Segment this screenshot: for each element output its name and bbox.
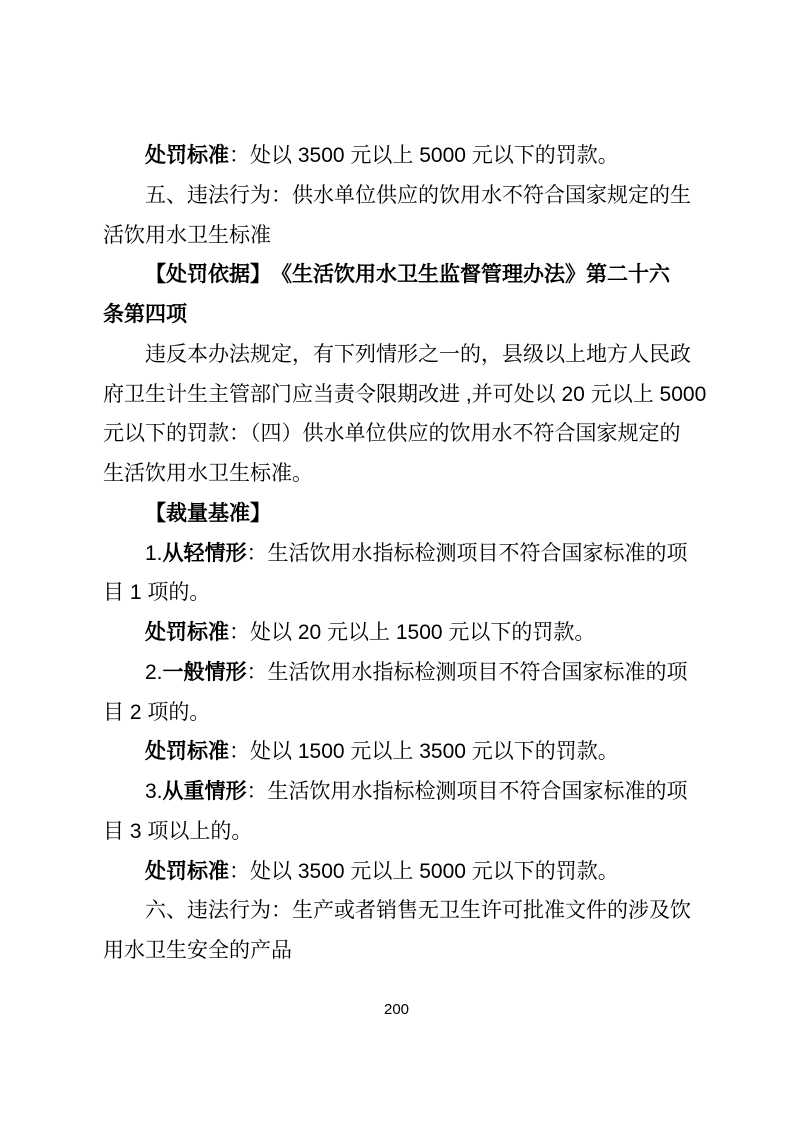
text-segment-bold: 处罚标准 xyxy=(145,144,229,167)
text-segment-bold: 处罚标准 xyxy=(145,740,229,763)
text-line: 处罚标准：处以 20 元以上 1500 元以下的罚款。 xyxy=(103,613,713,653)
text-segment-bold: 从重情形 xyxy=(163,780,247,803)
text-segment: 目 3 项以上的。 xyxy=(103,820,252,843)
text-line: 六、违法行为：生产或者销售无卫生许可批准文件的涉及饮 xyxy=(103,891,713,931)
text-segment: ：处以 1500 元以上 3500 元以下的罚款。 xyxy=(229,740,619,763)
text-segment-bold: 条第四项 xyxy=(103,303,187,326)
text-line: 2.一般情形：生活饮用水指标检测项目不符合国家标准的项 xyxy=(103,653,713,693)
text-line: 【处罚依据】 《生活饮用水卫生监督管理办法》第二十六 xyxy=(103,255,713,295)
text-segment: 2. xyxy=(145,661,163,684)
text-segment: ：处以 3500 元以上 5000 元以下的罚款。 xyxy=(229,860,619,883)
text-segment-bold: 从轻情形 xyxy=(163,542,247,565)
text-segment: 府卫生计生主管部门应当责令限期改进 ,并可处以 20 元以上 5000 xyxy=(103,383,706,406)
text-segment-bold: 【处罚依据】 《生活饮用水卫生监督管理办法》第二十六 xyxy=(145,263,670,286)
text-segment-bold: 一般情形 xyxy=(163,661,247,684)
text-segment: 元以下的罚款：（四）供水单位供应的饮用水不符合国家规定的 xyxy=(103,422,681,445)
text-line: 3.从重情形：生活饮用水指标检测项目不符合国家标准的项 xyxy=(103,772,713,812)
text-line: 生活饮用水卫生标准。 xyxy=(103,454,713,494)
text-line: 违反本办法规定，有下列情形之一的，县级以上地方人民政 xyxy=(103,335,713,375)
text-line: 活饮用水卫生标准 xyxy=(103,216,713,256)
page-number: 200 xyxy=(384,1001,409,1018)
text-line: 府卫生计生主管部门应当责令限期改进 ,并可处以 20 元以上 5000 xyxy=(103,375,713,415)
text-segment: 用水卫生安全的产品 xyxy=(103,939,292,962)
text-segment: 1. xyxy=(145,542,163,565)
text-segment: ：生活饮用水指标检测项目不符合国家标准的项 xyxy=(247,542,688,565)
text-line: 处罚标准：处以 1500 元以上 3500 元以下的罚款。 xyxy=(103,732,713,772)
document-body: 处罚标准：处以 3500 元以上 5000 元以下的罚款。五、违法行为：供水单位… xyxy=(103,136,713,971)
text-line: 处罚标准：处以 3500 元以上 5000 元以下的罚款。 xyxy=(103,136,713,176)
text-segment: 六、违法行为：生产或者销售无卫生许可批准文件的涉及饮 xyxy=(145,899,691,922)
page-footer: 200 xyxy=(0,1000,793,1020)
text-line: 条第四项 xyxy=(103,295,713,335)
text-segment: 五、违法行为：供水单位供应的饮用水不符合国家规定的生 xyxy=(145,184,691,207)
text-segment: ：处以 20 元以上 1500 元以下的罚款。 xyxy=(229,621,595,644)
text-line: 【裁量基准】 xyxy=(103,494,713,534)
text-line: 五、违法行为：供水单位供应的饮用水不符合国家规定的生 xyxy=(103,176,713,216)
text-segment: 3. xyxy=(145,780,163,803)
text-segment: 目 2 项的。 xyxy=(103,701,210,724)
text-line: 目 2 项的。 xyxy=(103,693,713,733)
text-line: 用水卫生安全的产品 xyxy=(103,931,713,971)
text-segment-bold: 处罚标准 xyxy=(145,621,229,644)
text-segment: ：生活饮用水指标检测项目不符合国家标准的项 xyxy=(247,780,688,803)
text-line: 目 1 项的。 xyxy=(103,573,713,613)
text-segment: 违反本办法规定，有下列情形之一的，县级以上地方人民政 xyxy=(145,343,691,366)
text-line: 1.从轻情形：生活饮用水指标检测项目不符合国家标准的项 xyxy=(103,534,713,574)
text-segment: ：处以 3500 元以上 5000 元以下的罚款。 xyxy=(229,144,619,167)
text-segment: 活饮用水卫生标准 xyxy=(103,224,271,247)
text-segment-bold: 【裁量基准】 xyxy=(145,502,271,525)
text-line: 处罚标准：处以 3500 元以上 5000 元以下的罚款。 xyxy=(103,852,713,892)
text-segment-bold: 处罚标准 xyxy=(145,860,229,883)
text-segment: 目 1 项的。 xyxy=(103,581,210,604)
text-segment: 生活饮用水卫生标准。 xyxy=(103,462,313,485)
text-line: 元以下的罚款：（四）供水单位供应的饮用水不符合国家规定的 xyxy=(103,414,713,454)
text-segment: ：生活饮用水指标检测项目不符合国家标准的项 xyxy=(247,661,688,684)
document-page: 处罚标准：处以 3500 元以上 5000 元以下的罚款。五、违法行为：供水单位… xyxy=(0,0,793,1122)
text-line: 目 3 项以上的。 xyxy=(103,812,713,852)
